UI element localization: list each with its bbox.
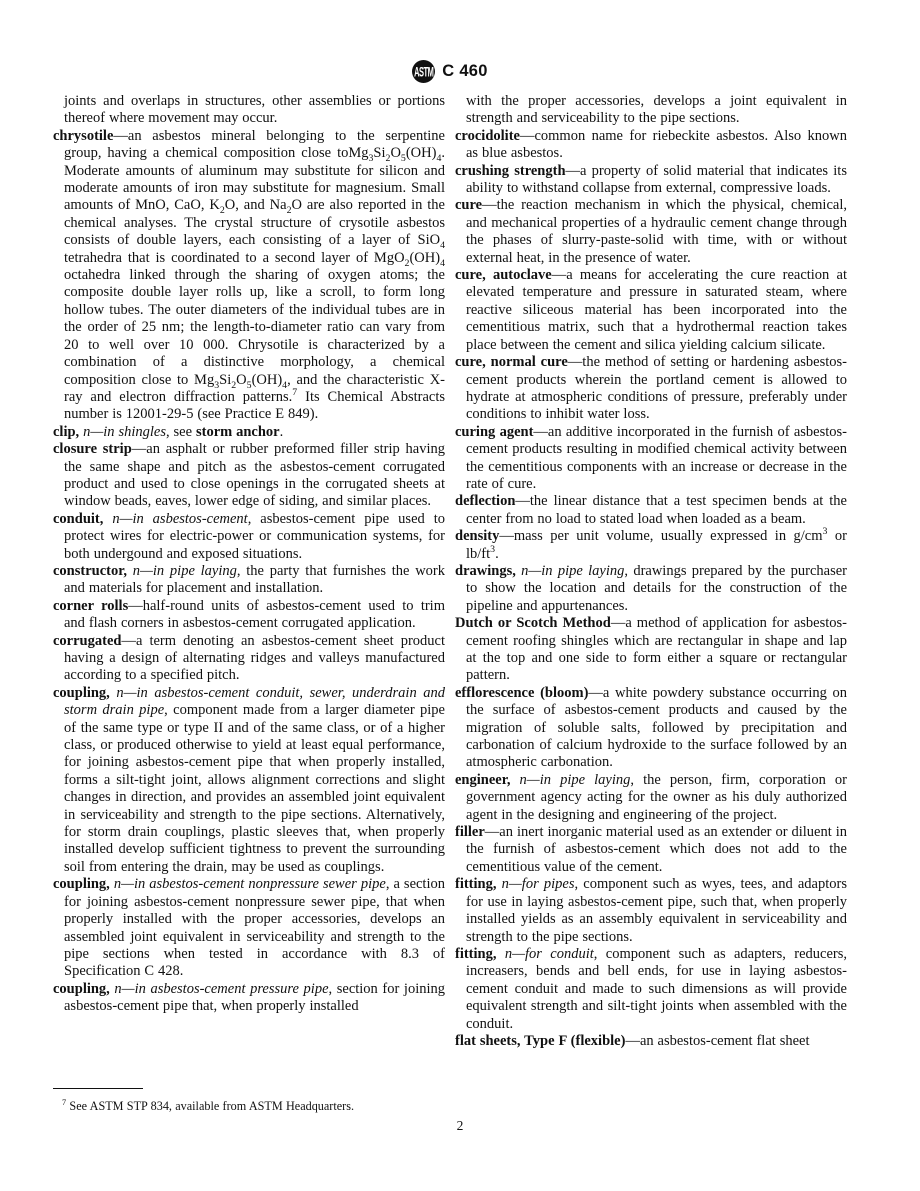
glossary-entry: cure—the reaction mechanism in which the… [455, 197, 847, 267]
definition-text: . [495, 546, 499, 562]
glossary-entry: drawings, n—in pipe laying, drawings pre… [455, 563, 847, 615]
definition-text: —an inert inorganic material used as an … [466, 824, 847, 875]
page-header: ASTM C 460 [53, 58, 847, 84]
term-text: chrysotile [53, 128, 113, 144]
glossary-entry: flat sheets, Type F (flexible)—an asbest… [455, 1033, 847, 1050]
glossary-entry: with the proper accessories, develops a … [455, 93, 847, 128]
term-text: deflection [455, 493, 515, 509]
glossary-entry: coupling, n—in asbestos-cement conduit, … [53, 685, 445, 876]
glossary-entry: efflorescence (bloom)—a white powdery su… [455, 685, 847, 772]
term-text: density [455, 528, 499, 544]
term-text: cure, autoclave [455, 267, 552, 283]
glossary-entry: cure, autoclave—a means for accelerating… [455, 267, 847, 354]
left-column: joints and overlaps in structures, other… [53, 93, 445, 1114]
definition-text: —an asbestos-cement flat sheet [625, 1033, 809, 1049]
term-text: cure, normal cure [455, 354, 568, 370]
definition-text: O [236, 372, 246, 388]
definition-text: (OH) [406, 145, 437, 161]
document-page: ASTM C 460 joints and overlaps in struct… [0, 0, 920, 1191]
glossary-entry: density—mass per unit volume, usually ex… [455, 528, 847, 563]
term-text: clip, [53, 424, 83, 440]
glossary-entry: fitting, n—for pipes, component such as … [455, 876, 847, 946]
two-column-body: joints and overlaps in structures, other… [53, 93, 847, 1114]
context-text: n—in pipe laying [521, 563, 624, 579]
glossary-entry: deflection—the linear distance that a te… [455, 493, 847, 528]
definition-text: octahedra linked through the sharing of … [64, 267, 445, 387]
definition-text: , see [166, 424, 196, 440]
term-text: coupling, [53, 876, 114, 892]
term-text: constructor, [53, 563, 133, 579]
term-text: flat sheets, Type F (flexible) [455, 1033, 625, 1049]
footnote-rule [53, 1088, 143, 1089]
definition-text: —common name for riebeckite asbestos. Al… [466, 128, 847, 161]
term-text: corrugated [53, 633, 121, 649]
footnote-text: 7 See ASTM STP 834, available from ASTM … [53, 1099, 445, 1114]
astm-logo-icon: ASTM [412, 60, 435, 83]
definition-text: Si [373, 145, 385, 161]
glossary-entry: filler—an inert inorganic material used … [455, 824, 847, 876]
definition-text: —mass per unit volume, usually expressed… [499, 528, 822, 544]
context-text: n—in asbestos-cement nonpressure sewer p… [114, 876, 386, 892]
glossary-entry: coupling, n—in asbestos-cement pressure … [53, 981, 445, 1016]
term-text: drawings, [455, 563, 521, 579]
definition-text: , component made from a larger diameter … [64, 702, 445, 875]
left-column-entries: joints and overlaps in structures, other… [53, 93, 445, 1016]
glossary-entry: clip, n—in shingles, see storm anchor. [53, 424, 445, 441]
definition-text: . [280, 424, 284, 440]
term-text: coupling, [53, 685, 116, 701]
definition-text: —the linear distance that a test specime… [466, 493, 847, 526]
astm-logo-text: ASTM [414, 62, 433, 79]
glossary-entry: engineer, n—in pipe laying, the person, … [455, 772, 847, 824]
term-text: crocidolite [455, 128, 520, 144]
term-text: crushing strength [455, 163, 566, 179]
term-text: engineer, [455, 772, 520, 788]
glossary-entry: closure strip—an asphalt or rubber prefo… [53, 441, 445, 511]
term-text: storm anchor [196, 424, 280, 440]
definition-text: 4 [440, 240, 445, 251]
glossary-entry: crushing strength—a property of solid ma… [455, 163, 847, 198]
definition-text: O [390, 145, 400, 161]
definition-text: O, and Na [225, 197, 287, 213]
definition-text: (OH) [409, 250, 440, 266]
glossary-entry: corner rolls—half-round units of asbesto… [53, 598, 445, 633]
glossary-entry: constructor, n—in pipe laying, the party… [53, 563, 445, 598]
glossary-entry: crocidolite—common name for riebeckite a… [455, 128, 847, 163]
context-text: n—in asbestos-cement [112, 511, 247, 527]
definition-text: with the proper accessories, develops a … [466, 93, 847, 126]
glossary-entry: joints and overlaps in structures, other… [53, 93, 445, 128]
definition-text: —a term denoting an asbestos-cement shee… [64, 633, 445, 684]
context-text: n—in pipe laying [133, 563, 237, 579]
right-column: with the proper accessories, develops a … [455, 93, 847, 1114]
term-text: coupling, [53, 981, 114, 997]
term-text: filler [455, 824, 485, 840]
term-text: corner rolls [53, 598, 128, 614]
context-text: n—in pipe laying [520, 772, 631, 788]
glossary-entry: corrugated—a term denoting an asbestos-c… [53, 633, 445, 685]
glossary-entry: fitting, n—for conduit, component such a… [455, 946, 847, 1033]
page-number: 2 [0, 1118, 920, 1134]
right-column-entries: with the proper accessories, develops a … [455, 93, 847, 1050]
glossary-entry: coupling, n—in asbestos-cement nonpressu… [53, 876, 445, 980]
glossary-entry: 7 See ASTM STP 834, available from ASTM … [53, 1099, 445, 1114]
definition-text: Si [219, 372, 231, 388]
context-text: n—in asbestos-cement pressure pipe [114, 981, 328, 997]
term-text: Dutch or Scotch Method [455, 615, 611, 631]
definition-text: tetrahedra that is coordinated to a seco… [64, 250, 405, 266]
term-text: fitting, [455, 946, 505, 962]
footnote: 7 See ASTM STP 834, available from ASTM … [53, 1076, 445, 1114]
glossary-entry: chrysotile—an asbestos mineral belonging… [53, 128, 445, 424]
glossary-entry: curing agent—an additive incorporated in… [455, 424, 847, 494]
definition-text: joints and overlaps in structures, other… [64, 93, 445, 126]
term-text: closure strip [53, 441, 132, 457]
standard-designation: C 460 [442, 62, 488, 81]
definition-text: (OH) [252, 372, 283, 388]
term-text: efflorescence (bloom) [455, 685, 588, 701]
term-text: conduit, [53, 511, 112, 527]
term-text: fitting, [455, 876, 502, 892]
glossary-entry: Dutch or Scotch Method—a method of appli… [455, 615, 847, 685]
term-text: curing agent [455, 424, 533, 440]
definition-text: —the reaction mechanism in which the phy… [466, 197, 847, 265]
term-text: cure [455, 197, 482, 213]
glossary-entry: conduit, n—in asbestos-cement, asbestos-… [53, 511, 445, 563]
glossary-entry: cure, normal cure—the method of setting … [455, 354, 847, 424]
context-text: n—for conduit [505, 946, 594, 962]
context-text: n—for pipes [502, 876, 575, 892]
definition-text: See ASTM STP 834, available from ASTM He… [66, 1099, 354, 1113]
context-text: n—in shingles [83, 424, 166, 440]
